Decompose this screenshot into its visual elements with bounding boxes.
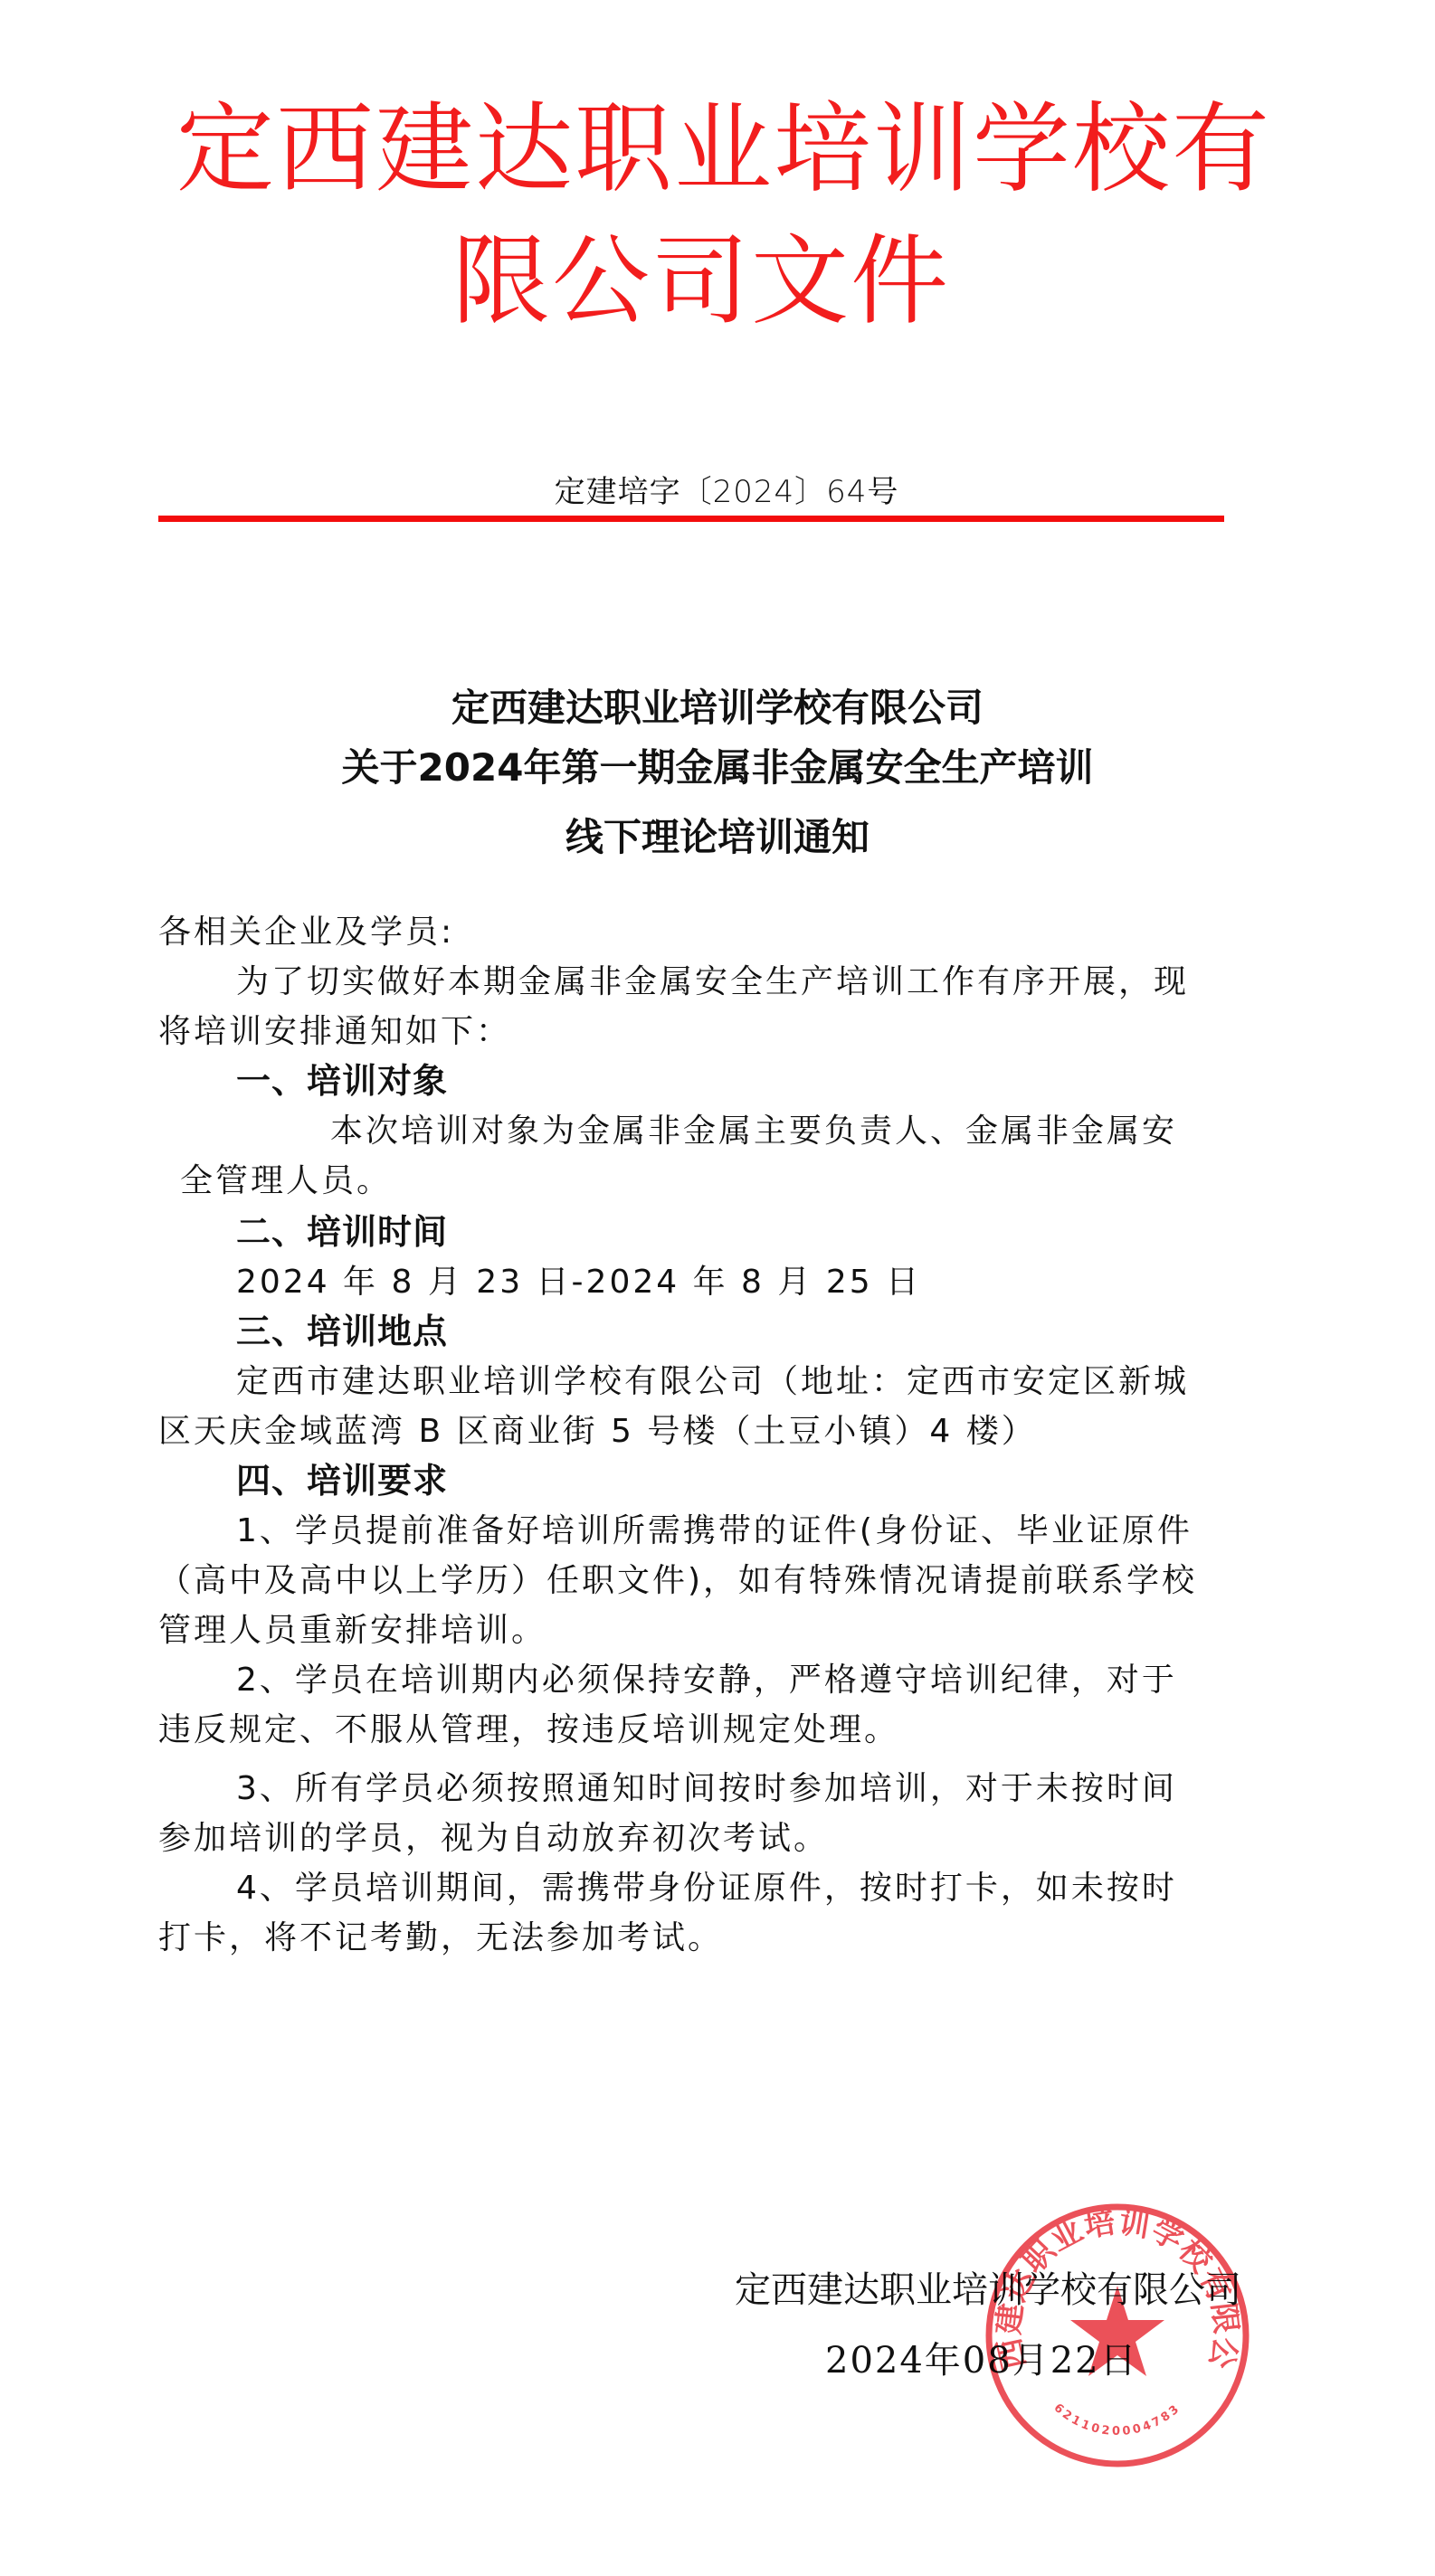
section-training-targets: 一、培训对象 本次培训对象为金属非金属主要负责人、金属非金属安 全管理人员。 — [158, 1056, 1280, 1206]
red-divider-rule — [158, 516, 1224, 522]
seal-code: 6211020004783 — [1051, 2401, 1184, 2439]
document-number: 定建培字〔2024〕64号 — [0, 467, 1435, 511]
section-heading: 三、培训地点 — [158, 1307, 1280, 1357]
requirement-line: 违反规定、不服从管理，按违反培训规定处理。 — [158, 1705, 1280, 1755]
requirement-line: （高中及高中以上学历）任职文件)，如有特殊情况请提前联系学校 — [158, 1556, 1280, 1605]
star-icon — [1070, 2286, 1164, 2376]
requirement-line: 3、所有学员必须按照通知时间按时参加培训，对于未按时间 — [158, 1764, 1280, 1814]
section-heading: 四、培训要求 — [158, 1456, 1280, 1506]
intro-line-1: 为了切实做好本期金属非金属安全生产培训工作有序开展，现 — [158, 957, 1280, 1007]
requirement-line: 2、学员在培训期内必须保持安静，严格遵守培训纪律，对于 — [158, 1655, 1280, 1705]
official-seal: 定西建达职业培训学校有限公司 6211020004783 — [982, 2200, 1253, 2471]
training-dates: 2024 年 8 月 23 日-2024 年 8 月 25 日 — [158, 1257, 1280, 1307]
notice-title-line-3: 线下理论培训通知 — [0, 819, 1435, 857]
section-training-requirements: 四、培训要求 1、学员提前准备好培训所需携带的证件(身份证、毕业证原件 （高中及… — [158, 1456, 1280, 1963]
requirement-item-4: 4、学员培训期间，需携带身份证原件，按时打卡，如未按时 打卡，将不记考勤，无法参… — [158, 1863, 1280, 1963]
masthead-title-line-2: 限公司文件 — [452, 233, 950, 331]
section-text-line: 本次培训对象为金属非金属主要负责人、金属非金属安 — [158, 1106, 1280, 1156]
requirement-line: 管理人员重新安排培训。 — [158, 1605, 1280, 1655]
address-line-1: 定西市建达职业培训学校有限公司（地址：定西市安定区新城 — [158, 1357, 1280, 1406]
address-line-2: 区天庆金域蓝湾 B 区商业街 5 号楼（土豆小镇）4 楼） — [158, 1406, 1280, 1456]
section-training-location: 三、培训地点 定西市建达职业培训学校有限公司（地址：定西市安定区新城 区天庆金域… — [158, 1307, 1280, 1456]
notice-body: 各相关企业及学员: 为了切实做好本期金属非金属安全生产培训工作有序开展，现 将培… — [158, 907, 1280, 1056]
section-heading: 二、培训时间 — [158, 1207, 1280, 1257]
requirement-item-1: 1、学员提前准备好培训所需携带的证件(身份证、毕业证原件 （高中及高中以上学历）… — [158, 1506, 1280, 1655]
intro-line-2: 将培训安排通知如下： — [158, 1007, 1280, 1056]
seal-graphic: 定西建达职业培训学校有限公司 6211020004783 — [982, 2200, 1253, 2471]
requirement-item-3: 3、所有学员必须按照通知时间按时参加培训，对于未按时间 参加培训的学员，视为自动… — [158, 1764, 1280, 1863]
notice-title-line-2: 关于2024年第一期金属非金属安全生产培训 — [0, 749, 1435, 787]
section-heading: 一、培训对象 — [158, 1056, 1280, 1106]
requirement-line: 打卡，将不记考勤，无法参加考试。 — [158, 1913, 1280, 1963]
section-training-time: 二、培训时间 2024 年 8 月 23 日-2024 年 8 月 25 日 — [158, 1207, 1280, 1307]
salutation: 各相关企业及学员: — [158, 907, 1280, 957]
requirement-line: 4、学员培训期间，需携带身份证原件，按时打卡，如未按时 — [158, 1863, 1280, 1913]
requirement-line: 参加培训的学员，视为自动放弃初次考试。 — [158, 1814, 1280, 1863]
masthead-title-line-1: 定西建达职业培训学校有 — [176, 101, 1271, 199]
svg-text:6211020004783: 6211020004783 — [1051, 2401, 1184, 2439]
requirement-line: 1、学员提前准备好培训所需携带的证件(身份证、毕业证原件 — [158, 1506, 1280, 1556]
requirement-item-2: 2、学员在培训期内必须保持安静，严格遵守培训纪律，对于 违反规定、不服从管理，按… — [158, 1655, 1280, 1755]
section-text-line: 全管理人员。 — [158, 1156, 1280, 1206]
notice-title-line-1: 定西建达职业培训学校有限公司 — [0, 689, 1435, 727]
